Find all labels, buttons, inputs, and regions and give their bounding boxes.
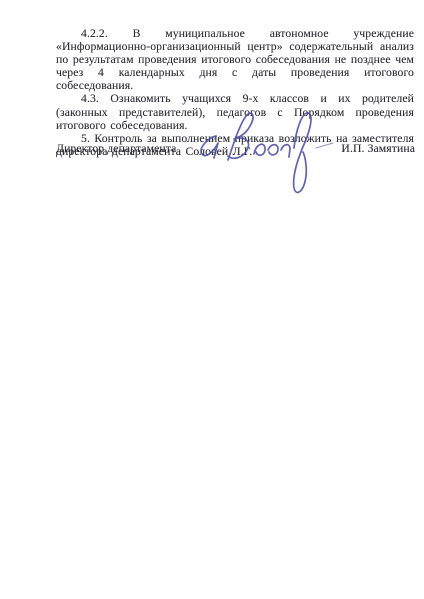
paragraph-4-3: 4.3. Ознакомить учащихся 9-х классов и и… xyxy=(56,92,414,131)
signer-name: И.П. Замятина xyxy=(341,142,415,156)
document-page: 4.2.2. В муниципальное автономное учрежд… xyxy=(0,0,424,599)
paragraph-4-2-2: 4.2.2. В муниципальное автономное учрежд… xyxy=(56,27,414,92)
signature-row: Директор департамента И.П. Замятина xyxy=(56,142,415,156)
document-text-block: 4.2.2. В муниципальное автономное учрежд… xyxy=(56,27,414,158)
signer-position-title: Директор департамента xyxy=(56,142,176,156)
